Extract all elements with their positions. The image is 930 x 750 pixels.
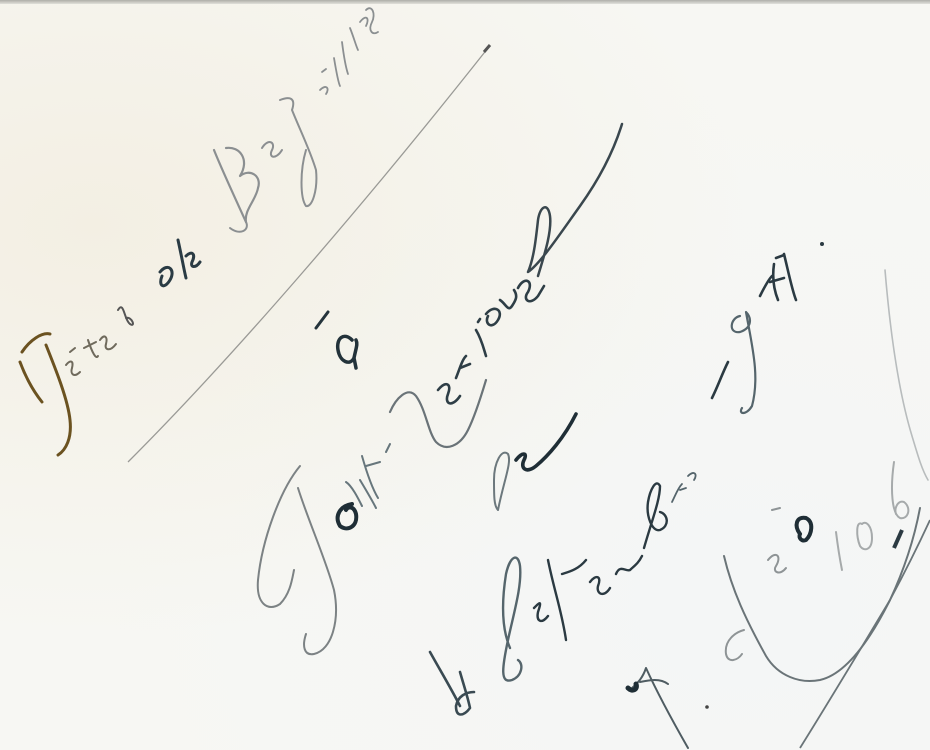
signature-handwriting <box>628 508 920 748</box>
at-handwriting <box>316 312 357 368</box>
photo-back-card: Fêtes de Bazeilles à Fort-National le 4 … <box>0 0 930 750</box>
handwriting-strokes <box>0 0 930 750</box>
number-106-pencil <box>836 270 928 570</box>
date-handwriting <box>430 242 824 715</box>
place-handwriting <box>258 124 622 654</box>
crossing-pencil-stroke <box>800 520 930 748</box>
le-handwriting <box>494 414 576 510</box>
